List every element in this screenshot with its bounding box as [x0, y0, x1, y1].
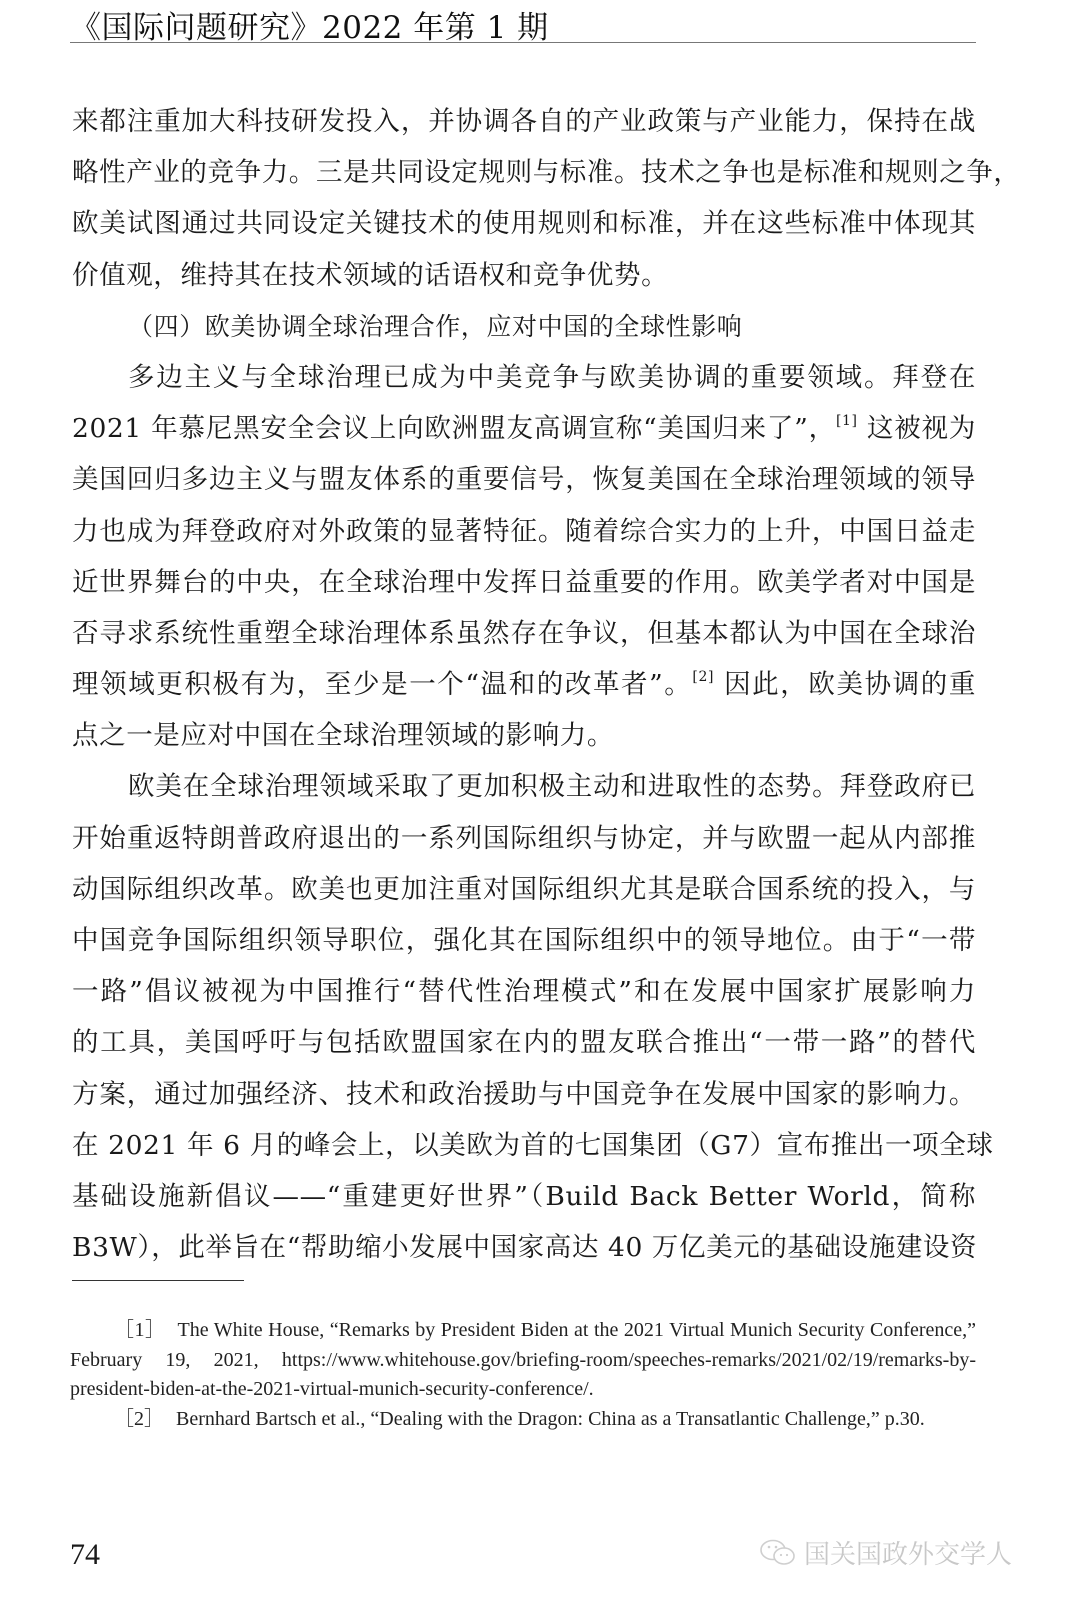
body-line: 方案，通过加强经济、技术和政治援助与中国竞争在发展中国家的影响力。: [72, 1069, 976, 1120]
body-line: 开始重返特朗普政府退出的一系列国际组织与协定，并与欧盟一起从内部推: [72, 813, 976, 864]
watermark: 国关国政外交学人: [758, 1534, 1012, 1571]
body-line: 点之一是应对中国在全球治理领域的影响力。: [72, 710, 976, 761]
body-text: 来都注重加大科技研发投入，并协调各自的产业政策与产业能力，保持在战 略性产业的竞…: [72, 96, 976, 1273]
footnote-mark: ［2］: [70, 1408, 176, 1430]
body-line: 近世界舞台的中央，在全球治理中发挥日益重要的作用。欧美学者对中国是: [72, 557, 976, 608]
text-segment: 2021 年慕尼黑安全会议上向欧洲盟友高调宣称“美国归来了”，: [72, 413, 836, 444]
text-segment: 因此，欧美协调的重: [714, 669, 976, 700]
body-line: 动国际组织改革。欧美也更加注重对国际组织尤其是联合国系统的投入，与: [72, 864, 976, 915]
body-line: 的工具，美国呼吁与包括欧盟国家在内的盟友联合推出“一带一路”的替代: [72, 1017, 976, 1068]
body-line: 中国竞争国际组织领导职位，强化其在国际组织中的领导地位。由于“一带: [72, 915, 976, 966]
footnote-ref-1[interactable]: [1]: [836, 413, 858, 429]
body-line: 价值观，维持其在技术领域的话语权和竞争优势。: [72, 250, 976, 301]
text-segment: 这被视为: [858, 413, 976, 444]
footnote-ref-2[interactable]: [2]: [692, 669, 714, 685]
journal-header-title: 《国际问题研究》2022 年第 1 期: [70, 2, 549, 47]
footnotes: ［1］The White House, “Remarks by Presiden…: [70, 1316, 976, 1434]
body-line: 一路”倡议被视为中国推行“替代性治理模式”和在发展中国家扩展影响力: [72, 966, 976, 1017]
body-line: 基础设施新倡议——“重建更好世界”（Build Back Better Worl…: [72, 1171, 976, 1222]
footnote-text: Bernhard Bartsch et al., “Dealing with t…: [176, 1408, 925, 1430]
body-line: 否寻求系统性重塑全球治理体系虽然存在争议，但基本都认为中国在全球治: [72, 608, 976, 659]
text-segment: 理领域更积极有为，至少是一个“温和的改革者”。: [72, 669, 692, 700]
page-number: 74: [70, 1538, 100, 1572]
body-line: 美国回归多边主义与盟友体系的重要信号，恢复美国在全球治理领域的领导: [72, 454, 976, 505]
body-line: 多边主义与全球治理已成为中美竞争与欧美协调的重要领域。拜登在: [72, 352, 976, 403]
header-divider: [70, 42, 976, 43]
body-line: 欧美试图通过共同设定关键技术的使用规则和标准，并在这些标准中体现其: [72, 198, 976, 249]
body-line: 略性产业的竞争力。三是共同设定规则与标准。技术之争也是标准和规则之争，: [72, 147, 976, 198]
body-line: 欧美在全球治理领域采取了更加积极主动和进取性的态势。拜登政府已: [72, 761, 976, 812]
footnote-text: The White House, “Remarks by President B…: [70, 1319, 976, 1400]
section-heading: （四）欧美协调全球治理合作，应对中国的全球性影响: [72, 301, 976, 352]
body-line: 在 2021 年 6 月的峰会上，以美欧为首的七国集团（G7）宣布推出一项全球: [72, 1120, 976, 1171]
body-line: 来都注重加大科技研发投入，并协调各自的产业政策与产业能力，保持在战: [72, 96, 976, 147]
body-line: B3W），此举旨在“帮助缩小发展中国家高达 40 万亿美元的基础设施建设资: [72, 1222, 976, 1273]
wechat-icon: [758, 1538, 798, 1568]
footnote-mark: ［1］: [70, 1319, 178, 1341]
footnote-1: ［1］The White House, “Remarks by Presiden…: [70, 1316, 976, 1405]
footnote-2: ［2］Bernhard Bartsch et al., “Dealing wit…: [70, 1405, 976, 1435]
footnote-divider: [72, 1280, 244, 1281]
body-line: 理领域更积极有为，至少是一个“温和的改革者”。[2] 因此，欧美协调的重: [72, 659, 976, 710]
body-line: 力也成为拜登政府对外政策的显著特征。随着综合实力的上升，中国日益走: [72, 506, 976, 557]
watermark-text: 国关国政外交学人: [804, 1534, 1012, 1571]
body-line: 2021 年慕尼黑安全会议上向欧洲盟友高调宣称“美国归来了”，[1] 这被视为: [72, 403, 976, 454]
